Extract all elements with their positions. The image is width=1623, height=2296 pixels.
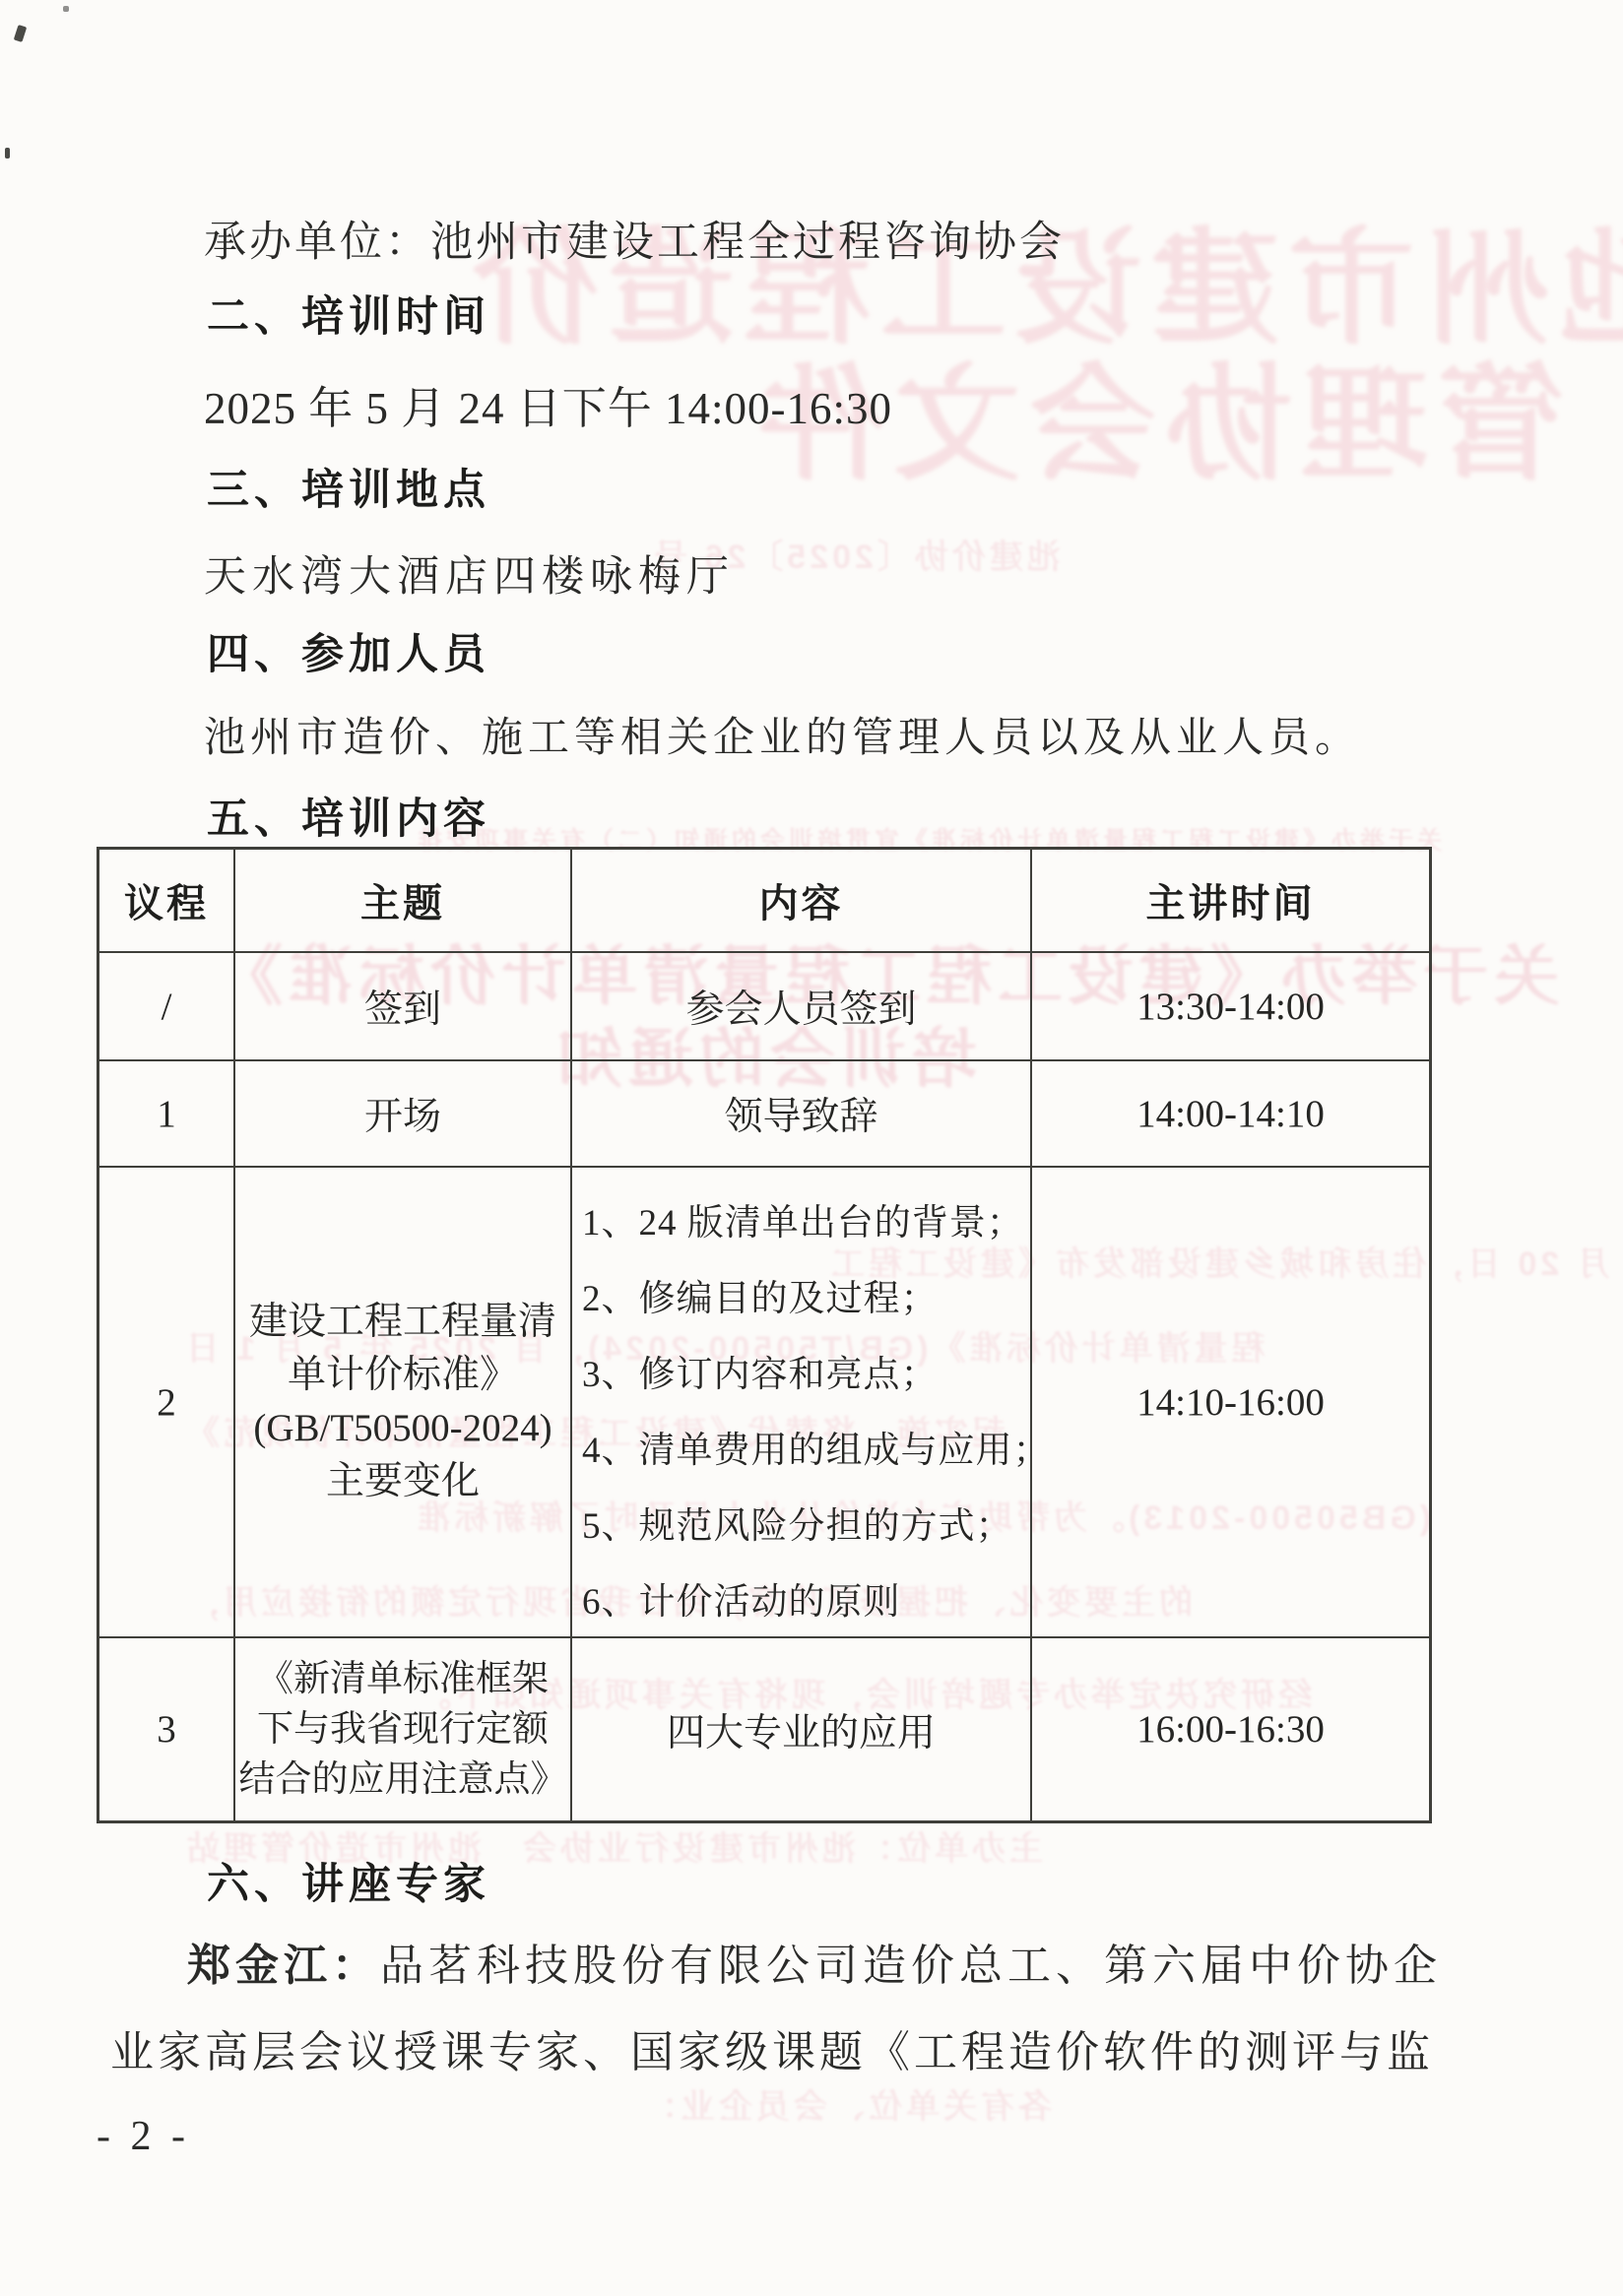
table-cell-content-list: 1、24 版清单出台的背景； 2、修编目的及过程； 3、修订内容和亮点； 4、清… <box>572 1168 1032 1638</box>
expert-line-2: 业家高层会议授课专家、国家级课题《工程造价软件的测评与监 <box>110 2016 1434 2079</box>
table-cell-content: 参会人员签到 <box>572 953 1032 1061</box>
table-header-time: 主讲时间 <box>1032 850 1429 953</box>
content-list-item: 3、修订内容和亮点； <box>582 1337 939 1413</box>
section-heading-expert: 六、讲座专家 <box>207 1851 490 1911</box>
document-page: 池州市建设工程造价 管理协会文件 池建价协〔2025〕26 号 关于举办《建设工… <box>0 0 1623 2296</box>
section-heading-place: 三、培训地点 <box>207 457 490 517</box>
content-list-item: 1、24 版清单出台的背景； <box>582 1185 1024 1261</box>
table-cell-topic: 建设工程工程量清 单计价标准》 (GB/T50500-2024) 主要变化 <box>235 1168 572 1638</box>
table-cell-content: 四大专业的应用 <box>572 1638 1032 1820</box>
table-header-topic: 主题 <box>235 850 572 953</box>
table-cell-no: / <box>99 953 235 1061</box>
section-heading-content: 五、培训内容 <box>207 786 490 846</box>
document-content: 承办单位：池州市建设工程全过程咨询协会 二、培训时间 2025 年 5 月 24… <box>0 0 1623 2296</box>
expert-line-1: 郑金江：品茗科技股份有限公司造价总工、第六届中价协企 <box>187 1930 1442 1993</box>
expert-line-1-rest: 品茗科技股份有限公司造价总工、第六届中价协企 <box>380 1942 1442 1990</box>
content-list-item: 4、清单费用的组成与应用； <box>582 1413 1051 1489</box>
table-cell-topic: 开场 <box>235 1061 572 1168</box>
table-header-agenda: 议程 <box>99 850 235 953</box>
content-list-item: 5、规范风险分担的方式； <box>582 1489 1013 1564</box>
table-cell-no: 1 <box>99 1061 235 1168</box>
table-cell-no: 2 <box>99 1168 235 1638</box>
page-number: - 2 - <box>97 2113 190 2160</box>
table-cell-time: 14:00-14:10 <box>1032 1061 1429 1168</box>
training-time-text: 2025 年 5 月 24 日下午 14:00-16:30 <box>204 372 892 436</box>
table-cell-topic: 《新清单标准框架 下与我省现行定额 结合的应用注意点》 <box>235 1638 572 1820</box>
organizer-line: 承办单位：池州市建设工程全过程咨询协会 <box>204 209 1065 269</box>
attendees-text: 池州市造价、施工等相关企业的管理人员以及从业人员。 <box>204 705 1361 764</box>
table-header-content: 内容 <box>572 850 1032 953</box>
section-heading-attendees: 四、参加人员 <box>207 621 490 681</box>
table-cell-no: 3 <box>99 1638 235 1820</box>
expert-name: 郑金江： <box>187 1942 380 1990</box>
table-cell-topic: 签到 <box>235 953 572 1061</box>
agenda-table: 议程 主题 内容 主讲时间 / 签到 参会人员签到 13:30-14:00 1 … <box>97 847 1432 1823</box>
training-place-text: 天水湾大酒店四楼咏梅厅 <box>204 543 735 604</box>
table-cell-content: 领导致辞 <box>572 1061 1032 1168</box>
content-list-item: 6、计价活动的原则 <box>582 1564 901 1640</box>
table-cell-time: 13:30-14:00 <box>1032 953 1429 1061</box>
content-list-item: 2、修编目的及过程； <box>582 1261 939 1337</box>
table-cell-time: 14:10-16:00 <box>1032 1168 1429 1638</box>
section-heading-time: 二、培训时间 <box>207 284 490 344</box>
table-cell-time: 16:00-16:30 <box>1032 1638 1429 1820</box>
